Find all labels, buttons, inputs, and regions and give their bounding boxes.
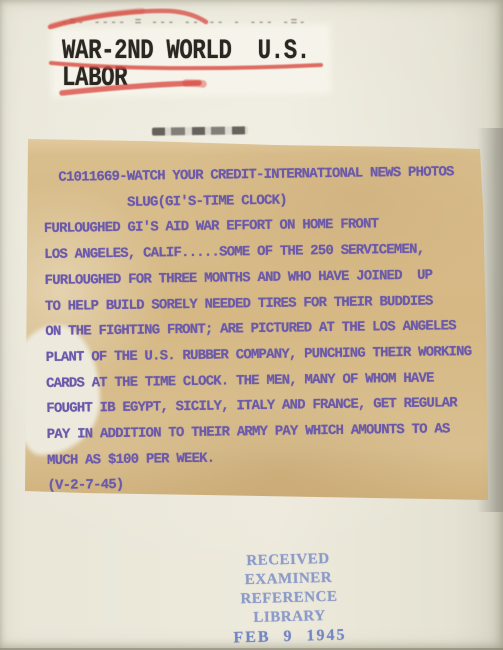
erased-typed-line: -=- ---- = --- -- -- - --- -=- — [61, 17, 331, 29]
caption-line: (V-2-7-45) — [47, 468, 487, 500]
press-photo-verso-scan: { "colors": { "paper_background": "#eae7… — [0, 0, 503, 650]
stamp-line-reference-library: REFERENCE LIBRARY — [214, 587, 365, 629]
caption-text-block: C1011669-WATCH YOUR CREDIT-INTERNATIONAL… — [43, 160, 488, 500]
stamp-date: FEB 9 1945 — [215, 625, 365, 648]
caption-slip: C1011669-WATCH YOUR CREDIT-INTERNATIONAL… — [24, 137, 490, 503]
category-line-labor: LABOR — [62, 63, 127, 94]
crossed-out-text-remnant — [152, 126, 248, 135]
stamp-line-received-examiner: RECEIVED EXAMINER — [213, 549, 364, 591]
library-received-stamp: RECEIVED EXAMINER REFERENCE LIBRARY FEB … — [213, 549, 365, 648]
